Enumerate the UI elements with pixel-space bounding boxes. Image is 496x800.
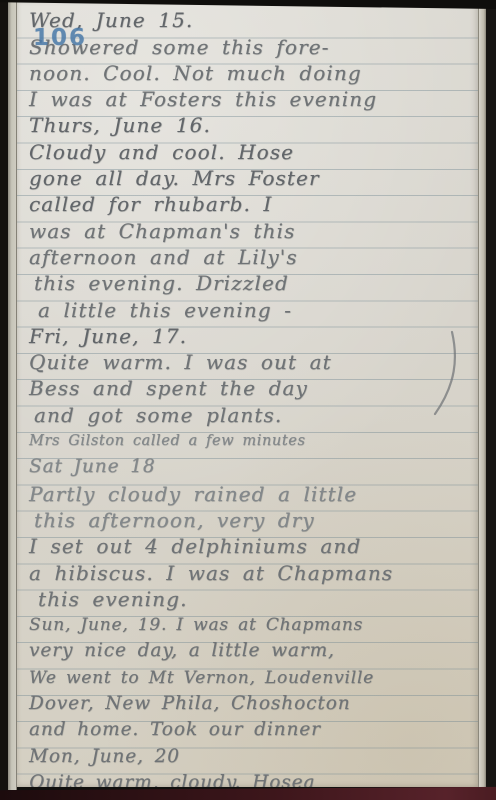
diary-line: Quite warm. I was out at [29,348,479,374]
diary-line: this evening. Drizzled [29,269,479,295]
diary-line: We went to Mt Vernon, Loudenville [29,663,479,689]
diary-line: Cloudy and cool. Hose [29,137,479,163]
diary-line: Fri, June, 17. [29,322,479,348]
diary-line: Mon, June, 20 [29,742,479,768]
diary-line: Quite warm, cloudy. Hosea [29,769,479,787]
diary-line: called for rhubarb. I [29,190,479,216]
book-cover-bottom [0,786,496,800]
diary-line: and got some plants. [29,400,479,426]
diary-line: Showered some this fore- [29,32,479,58]
diary-line: I was at Fosters this evening [29,85,479,111]
diary-line: Thurs, June 16. [29,111,479,137]
diary-page: Wed, June 15. Showered some this fore- n… [16,0,479,787]
diary-line: was at Chapman's this [29,216,479,242]
pen-flourish [427,330,459,418]
diary-line: and home. Took our dinner [29,716,479,742]
diary-photo: Wed, June 15. Showered some this fore- n… [0,0,496,800]
diary-line: Dover, New Phila, Choshocton [29,690,479,716]
diary-line: Sat June 18 [29,453,479,479]
diary-line: Wed, June 15. [29,6,479,32]
diary-line: a little this evening - [29,295,479,321]
page-stack-edge-left [8,0,17,790]
diary-line: Sun, June, 19. I was at Chapmans [29,611,479,637]
book-binding-right [486,0,496,800]
diary-line: very nice day, a little warm, [29,637,479,663]
diary-line: gone all day. Mrs Foster [29,164,479,190]
diary-line: I set out 4 delphiniums and [29,532,479,558]
diary-line: this evening. [29,585,479,611]
handwriting-block: Wed, June 15. Showered some this fore- n… [29,6,479,787]
page-number-stamp: 106 [33,25,87,51]
diary-line: Partly cloudy rained a little [29,479,479,505]
diary-line: Bess and spent the day [29,374,479,400]
diary-line: noon. Cool. Not much doing [29,59,479,85]
book-binding-left [0,0,8,800]
diary-line: Mrs Gilston called a few minutes [29,427,479,453]
diary-line: a hibiscus. I was at Chapmans [29,558,479,584]
page-stack-edge-right [478,0,486,789]
diary-line: afternoon and at Lily's [29,243,479,269]
diary-line: this afternoon, very dry [29,506,479,532]
